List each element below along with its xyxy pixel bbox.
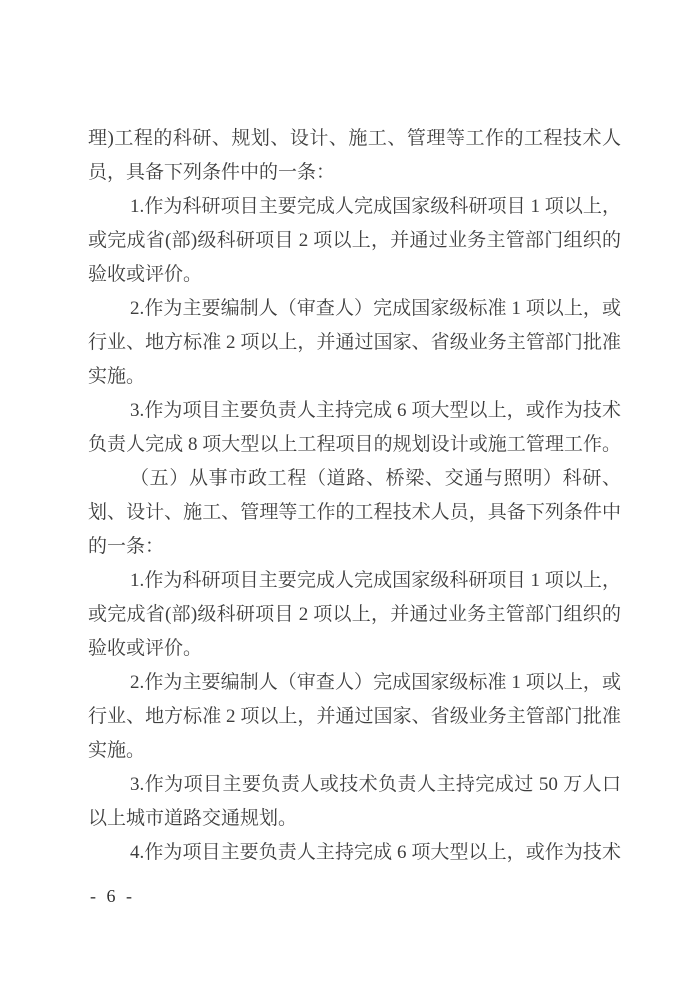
text-line: 4.作为项目主要负责人主持完成 6 项大型以上，或作为技术: [88, 836, 621, 870]
text-line: 以上城市道路交通规划。: [88, 802, 621, 836]
text-line: 实施。: [88, 734, 621, 768]
text-line: 1.作为科研项目主要完成人完成国家级科研项目 1 项以上，: [88, 564, 621, 598]
text-line: 的一条：: [88, 530, 621, 564]
text-line: （五）从事市政工程（道路、桥梁、交通与照明）科研、规: [88, 462, 621, 496]
text-line: 验收或评价。: [88, 258, 621, 292]
text-line: 3.作为项目主要负责人主持完成 6 项大型以上，或作为技术: [88, 394, 621, 428]
text-line: 或完成省(部)级科研项目 2 项以上，并通过业务主管部门组织的: [88, 224, 621, 258]
document-body: 理)工程的科研、规划、设计、施工、管理等工作的工程技术人员，具备下列条件中的一条…: [88, 122, 621, 870]
text-line: 员，具备下列条件中的一条：: [88, 156, 621, 190]
document-page: 理)工程的科研、规划、设计、施工、管理等工作的工程技术人员，具备下列条件中的一条…: [0, 0, 700, 990]
page-number: - 6 -: [90, 884, 135, 908]
text-line: 划、设计、施工、管理等工作的工程技术人员，具备下列条件中: [88, 496, 621, 530]
text-line: 2.作为主要编制人（审查人）完成国家级标准 1 项以上，或: [88, 666, 621, 700]
text-line: 或完成省(部)级科研项目 2 项以上，并通过业务主管部门组织的: [88, 598, 621, 632]
text-line: 验收或评价。: [88, 632, 621, 666]
text-line: 1.作为科研项目主要完成人完成国家级科研项目 1 项以上，: [88, 190, 621, 224]
text-line: 2.作为主要编制人（审查人）完成国家级标准 1 项以上，或: [88, 292, 621, 326]
text-line: 行业、地方标准 2 项以上，并通过国家、省级业务主管部门批准: [88, 326, 621, 360]
text-line: 实施。: [88, 360, 621, 394]
text-line: 理)工程的科研、规划、设计、施工、管理等工作的工程技术人: [88, 122, 621, 156]
text-line: 3.作为项目主要负责人或技术负责人主持完成过 50 万人口: [88, 768, 621, 802]
text-line: 负责人完成 8 项大型以上工程项目的规划设计或施工管理工作。: [88, 428, 621, 462]
text-line: 行业、地方标准 2 项以上，并通过国家、省级业务主管部门批准: [88, 700, 621, 734]
